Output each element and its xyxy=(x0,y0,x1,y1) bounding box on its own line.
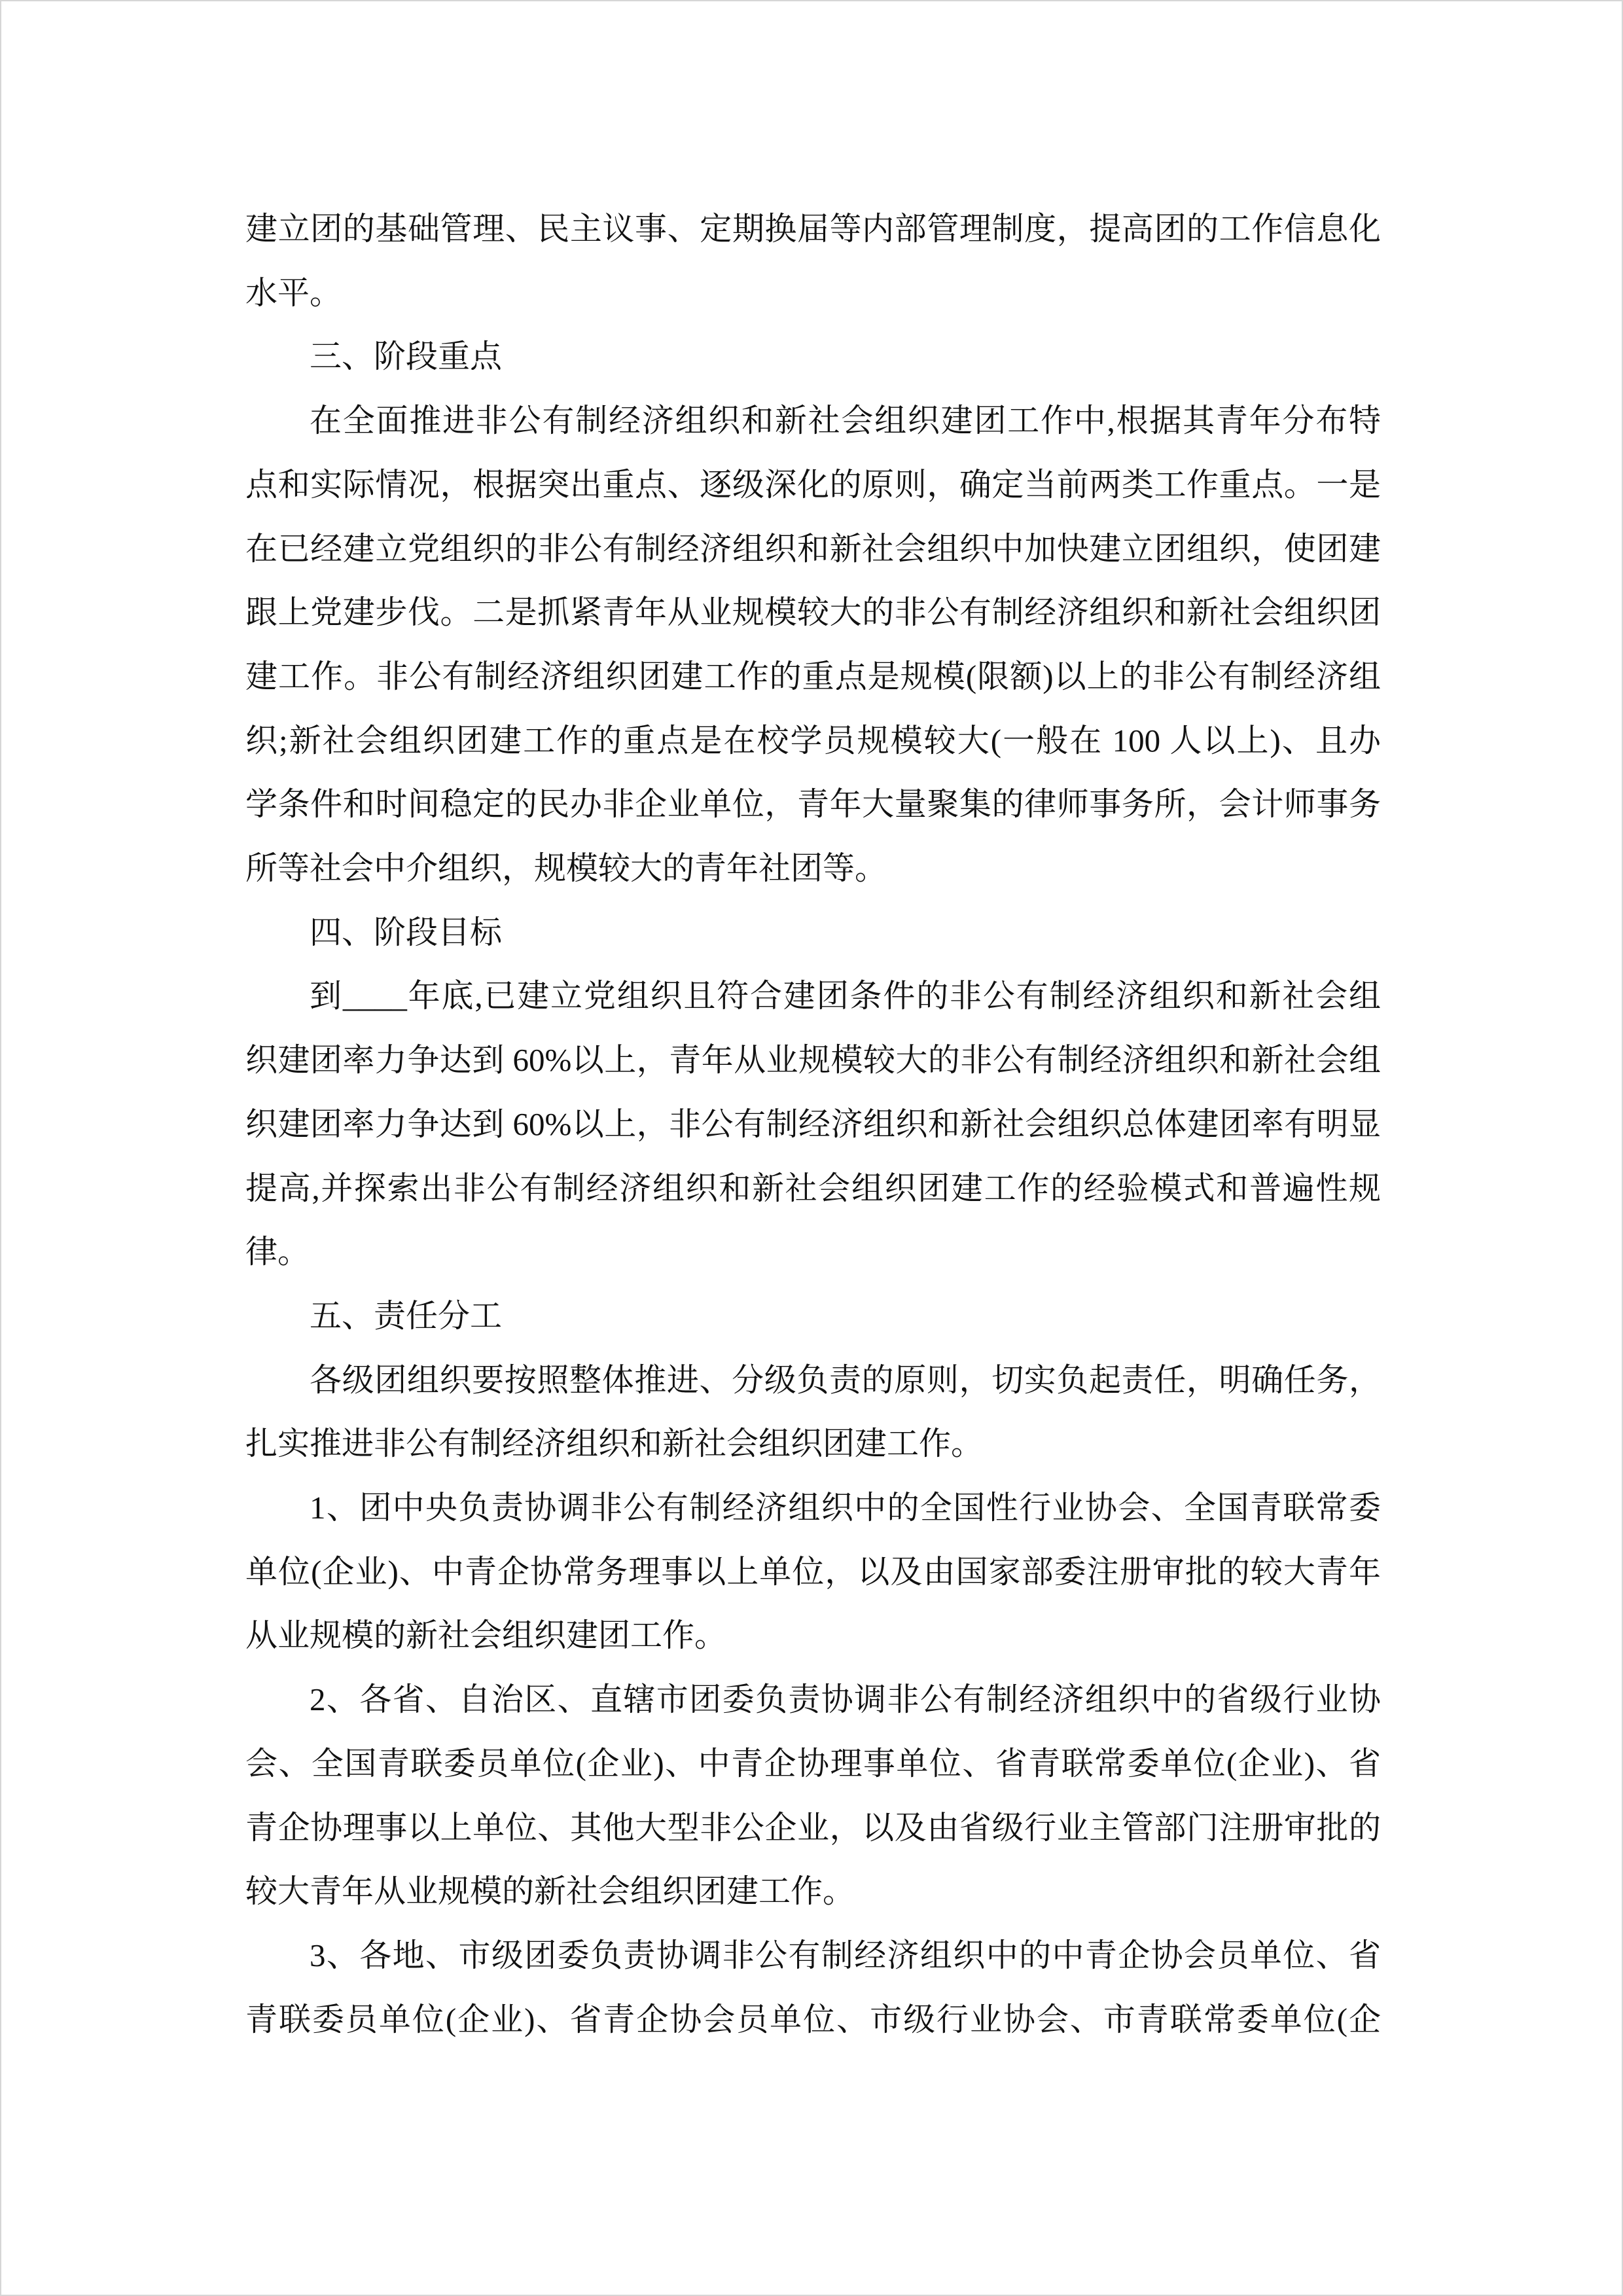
section-heading: 五、责任分工 xyxy=(245,1284,1381,1348)
text-line: 青企协理事以上单位、其他大型非公企业，以及由省级行业主管部门注册审批的 xyxy=(245,1796,1381,1860)
text-line: 会、全国青联委员单位(企业)、中青企协理事单位、省青联常委单位(企业)、省 xyxy=(245,1732,1381,1796)
text-line: 单位(企业)、中青企协常务理事以上单位，以及由国家部委注册审批的较大青年 xyxy=(245,1540,1381,1604)
text-line: 律。 xyxy=(245,1220,1381,1284)
section-heading: 三、阶段重点 xyxy=(245,325,1381,389)
text-line: 提高,并探索出非公有制经济组织和新社会组织团建工作的经验模式和普遍性规 xyxy=(245,1157,1381,1221)
text-line: 3、各地、市级团委负责协调非公有制经济组织中的中青企协会员单位、省 xyxy=(245,1924,1381,1988)
text-line: 在全面推进非公有制经济组织和新社会组织建团工作中,根据其青年分布特 xyxy=(245,389,1381,453)
document-page: 建立团的基础管理、民主议事、定期换届等内部管理制度，提高团的工作信息化水平。三、… xyxy=(0,0,1623,2296)
document-body: 建立团的基础管理、民主议事、定期换届等内部管理制度，提高团的工作信息化水平。三、… xyxy=(245,197,1381,2051)
text-line: 建工作。非公有制经济组织团建工作的重点是规模(限额)以上的非公有制经济组 xyxy=(245,645,1381,709)
text-line: 织建团率力争达到 60%以上，青年从业规模较大的非公有制经济组织和新社会组 xyxy=(245,1028,1381,1092)
text-line: 点和实际情况，根据突出重点、逐级深化的原则，确定当前两类工作重点。一是 xyxy=(245,453,1381,517)
text-line: 跟上党建步伐。二是抓紧青年从业规模较大的非公有制经济组织和新社会组织团 xyxy=(245,581,1381,645)
text-line: 从业规模的新社会组织建团工作。 xyxy=(245,1604,1381,1668)
text-line: 较大青年从业规模的新社会组织团建工作。 xyxy=(245,1859,1381,1924)
text-line: 青联委员单位(企业)、省青企协会员单位、市级行业协会、市青联常委单位(企 xyxy=(245,1988,1381,2052)
text-line: 扎实推进非公有制经济组织和新社会组织团建工作。 xyxy=(245,1412,1381,1476)
text-line: 织;新社会组织团建工作的重点是在校学员规模较大(一般在 100 人以上)、且办 xyxy=(245,709,1381,773)
text-line: 2、各省、自治区、直辖市团委负责协调非公有制经济组织中的省级行业协 xyxy=(245,1668,1381,1732)
text-line: 所等社会中介组织，规模较大的青年社团等。 xyxy=(245,836,1381,901)
text-line: 各级团组织要按照整体推进、分级负责的原则，切实负起责任，明确任务， xyxy=(245,1348,1381,1412)
text-line: 学条件和时间稳定的民办非企业单位，青年大量聚集的律师事务所，会计师事务 xyxy=(245,772,1381,836)
text-line: 建立团的基础管理、民主议事、定期换届等内部管理制度，提高团的工作信息化 xyxy=(245,197,1381,261)
text-line: 到____年底,已建立党组织且符合建团条件的非公有制经济组织和新社会组 xyxy=(245,964,1381,1028)
text-line: 织建团率力争达到 60%以上，非公有制经济组织和新社会组织总体建团率有明显 xyxy=(245,1092,1381,1157)
section-heading: 四、阶段目标 xyxy=(245,901,1381,965)
text-line: 水平。 xyxy=(245,261,1381,325)
text-line: 在已经建立党组织的非公有制经济组织和新社会组织中加快建立团组织，使团建 xyxy=(245,517,1381,581)
text-line: 1、团中央负责协调非公有制经济组织中的全国性行业协会、全国青联常委 xyxy=(245,1476,1381,1540)
